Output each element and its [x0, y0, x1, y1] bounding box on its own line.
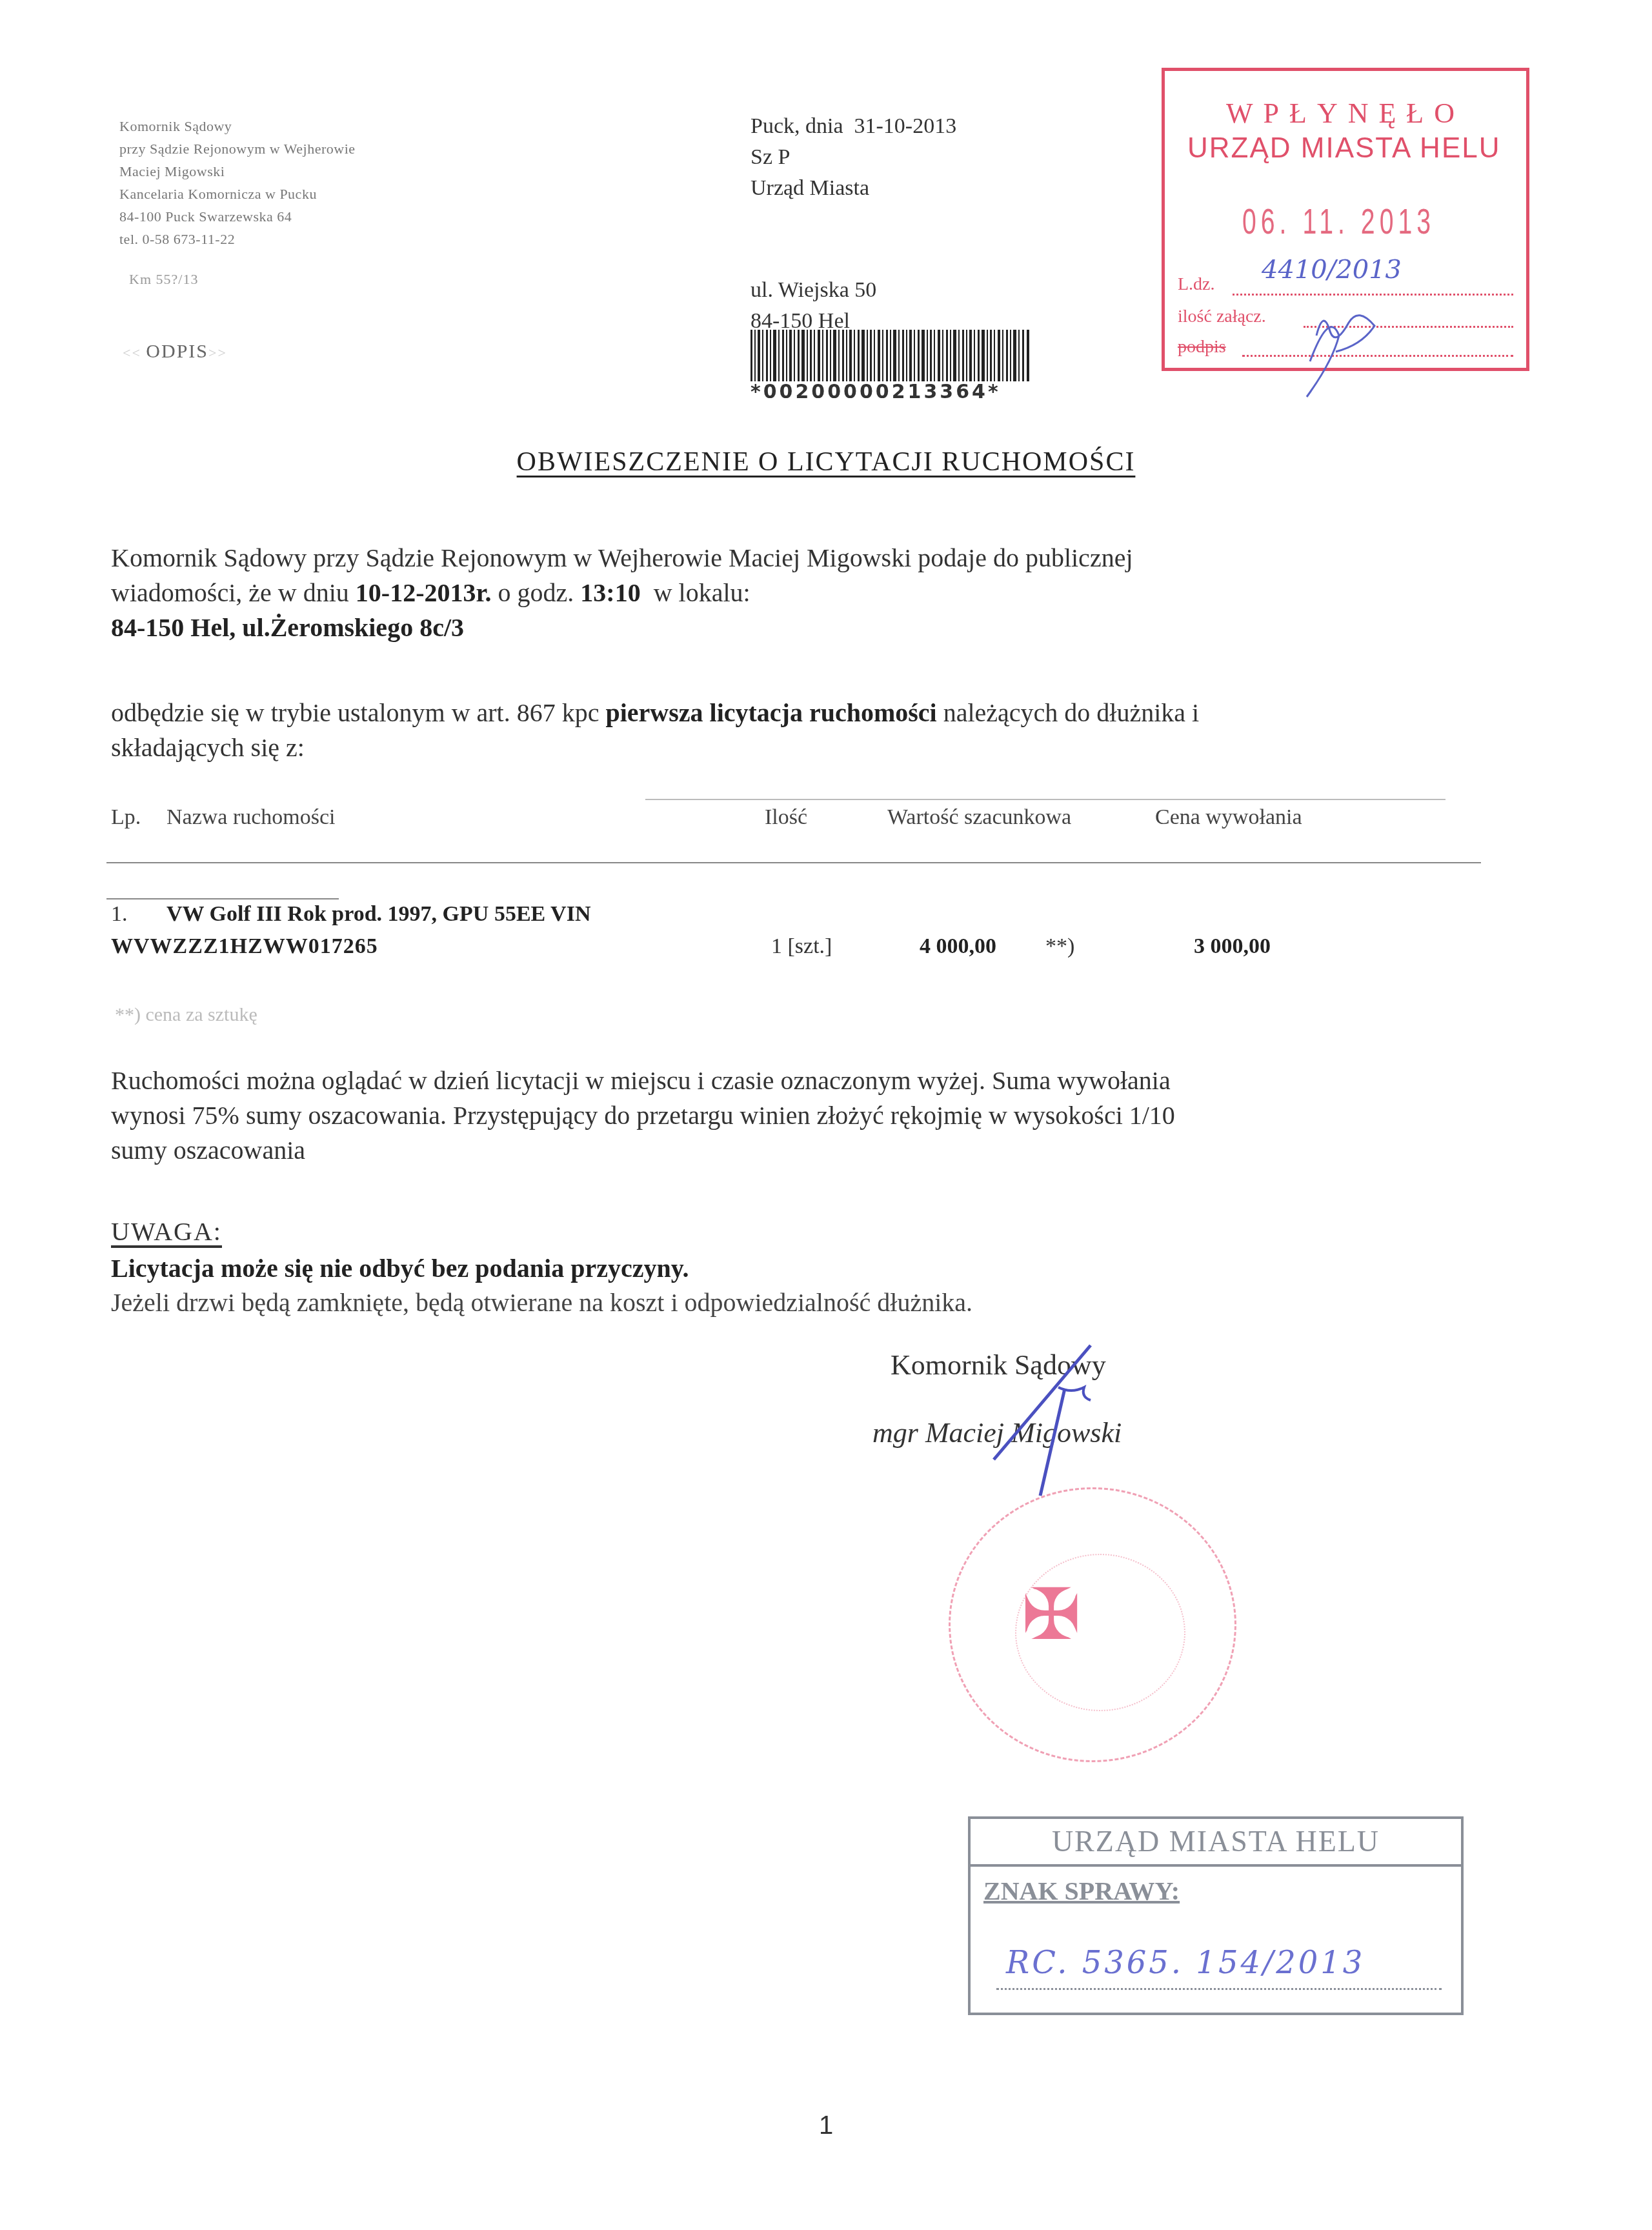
handwritten-signature-icon — [0, 0, 1652, 1678]
case-stamp-label: ZNAK SPRAWY: — [983, 1876, 1180, 1906]
case-stamp-value: RC. 5365. 154/2013 — [1006, 1945, 1365, 1981]
eagle-emblem-icon: ✠ — [1022, 1573, 1081, 1656]
case-number-stamp: URZĄD MIASTA HELU ZNAK SPRAWY: RC. 5365.… — [968, 1816, 1464, 2015]
case-stamp-header: URZĄD MIASTA HELU — [971, 1824, 1461, 1858]
official-seal: ✠ — [949, 1487, 1236, 1762]
page-number: 1 — [0, 2111, 1652, 2140]
